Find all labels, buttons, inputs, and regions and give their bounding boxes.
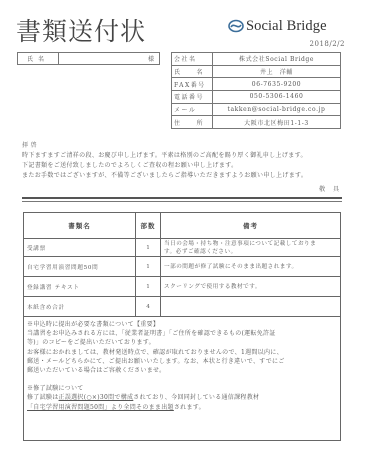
- sender-label: 会社名: [172, 53, 213, 66]
- document-qty: 1: [136, 239, 161, 257]
- column-header-qty: 部数: [136, 213, 161, 239]
- sender-row-fax: FAX番号06-7635-9200: [172, 78, 341, 91]
- notes-spacer: [27, 375, 337, 384]
- letter-line: またお手数ではございますが、不備等ございましたらご指導いただきますようお願い申し…: [22, 171, 342, 181]
- sender-row-name: 氏 名井上 洋輔: [172, 65, 341, 78]
- notes-line: 「自宅学習用演習問題50問」より全問そのまま出題されます。: [27, 403, 337, 412]
- notes-text: されます。: [174, 404, 205, 411]
- sender-value: 大阪市北区梅田1-1-3: [213, 116, 341, 129]
- sender-value: 050-5306-1460: [213, 91, 341, 104]
- note-line: す。必ずご確認ください。: [164, 248, 340, 256]
- sender-row-company: 会社名株式会社Social Bridge: [172, 53, 341, 66]
- letter-closing: 敬 具: [300, 184, 342, 193]
- document-name: 登録講習 テキスト: [24, 277, 136, 297]
- social-bridge-logo-icon: [228, 19, 244, 33]
- letter-body: 拝 啓 時下ますますご清祥の段、お慶び申し上げます。平素は格別のご高配を賜り厚く…: [22, 141, 342, 181]
- sender-row-address: 住 所大阪市北区梅田1-1-3: [172, 116, 341, 129]
- recipient-name-box: 氏名 様: [17, 52, 160, 65]
- documents-table: 書類名 部数 備考 受講票 1 当日の会場・持ち物・注意事項について記載しており…: [23, 212, 341, 441]
- sender-value: takken@social-bridge.co.jp: [213, 103, 341, 116]
- page-title: 書類送付状: [16, 12, 146, 48]
- recipient-name-label: 氏名: [18, 53, 59, 64]
- column-header-name: 書類名: [24, 213, 136, 239]
- company-logo: Social Bridge: [228, 15, 327, 37]
- sender-row-email: メールtakken@social-bridge.co.jp: [172, 103, 341, 116]
- table-row-total: 本紙含め合計 4: [24, 297, 341, 317]
- document-note: 当日の会場・持ち物・注意事項について記載しておりま す。必ずご確認ください。: [161, 239, 341, 257]
- notes-line: 等)」のコピーをご提出いただいております。: [27, 338, 337, 347]
- letter-line: 下記書類をご送付致しましたのでよろしくご査収の程お願い申し上げます。: [22, 161, 342, 171]
- sender-label: メール: [172, 103, 213, 116]
- table-row: 受講票 1 当日の会場・持ち物・注意事項について記載しておりま す。必ずご確認く…: [24, 239, 341, 257]
- notes-text: されており、今回同封している通信課程教材: [133, 394, 259, 401]
- document-qty: 1: [136, 257, 161, 277]
- notes-line: 修了試験は正誤選択(○×)30問で構成されており、今回同封している通信課程教材: [27, 393, 337, 402]
- document-note: [161, 297, 341, 317]
- document-note: スクーリングで使用する教材です。: [161, 277, 341, 297]
- recipient-honorific: 様: [59, 53, 159, 64]
- column-header-note: 備考: [161, 213, 341, 239]
- sender-value: 井上 洋輔: [213, 65, 341, 78]
- document-qty: 4: [136, 297, 161, 317]
- sender-value: 株式会社Social Bridge: [213, 53, 341, 66]
- note-line: 当日の会場・持ち物・注意事項について記載しておりま: [164, 240, 340, 248]
- table-row: 登録講習 テキスト 1 スクーリングで使用する教材です。: [24, 277, 341, 297]
- sender-label: 電話番号: [172, 91, 213, 104]
- document-note: 一部の問題が修了試験にそのまま出題されます。: [161, 257, 341, 277]
- notes-section1-title: ※申込時に提出が必要な書類について【重要】: [27, 320, 337, 329]
- sender-label: FAX番号: [172, 78, 213, 91]
- section-divider: [22, 197, 342, 202]
- sender-row-phone: 電話番号050-5306-1460: [172, 91, 341, 104]
- logo-text: Social Bridge: [246, 18, 327, 35]
- notes-line: 郵送・メールどちらかにて、ご提出お願いいたします。なお、本状と行き違いで、すでに…: [27, 357, 337, 366]
- table-header-row: 書類名 部数 備考: [24, 213, 341, 239]
- notes-underlined-text: 「自宅学習用演習問題50問」より全問そのまま出題: [27, 404, 174, 411]
- document-name: 受講票: [24, 239, 136, 257]
- sender-label: 氏 名: [172, 65, 213, 78]
- letter-line: 時下ますますご清祥の段、お慶び申し上げます。平素は格別のご高配を賜り厚く御礼申し…: [22, 151, 342, 161]
- notes-row: ※申込時に提出が必要な書類について【重要】 当講習をお申込みされる方には、「従業…: [24, 317, 341, 441]
- table-row: 自宅学習用演習問題50問 1 一部の問題が修了試験にそのまま出題されます。: [24, 257, 341, 277]
- notes-underlined-text: 正誤選択(○×)30問で構成: [59, 394, 134, 401]
- notes-text: 修了試験は: [27, 394, 59, 401]
- document-name: 本紙含め合計: [24, 297, 136, 317]
- notes-cell: ※申込時に提出が必要な書類について【重要】 当講習をお申込みされる方には、「従業…: [24, 317, 341, 441]
- notes-line: お客様におかれましては、教材発送時点で、確認が取れておりませんので、1週間以内に…: [27, 348, 337, 357]
- document-qty: 1: [136, 277, 161, 297]
- notes-section2-title: ※修了試験について: [27, 384, 337, 393]
- notes-line: 当講習をお申込みされる方には、「従業者証明書」「ご住所を確認できるもの(運転免許…: [27, 329, 337, 338]
- sender-label: 住 所: [172, 116, 213, 129]
- sender-value: 06-7635-9200: [213, 78, 341, 91]
- document-name: 自宅学習用演習問題50問: [24, 257, 136, 277]
- letter-opening: 拝 啓: [22, 141, 342, 151]
- sender-info-table: 会社名株式会社Social Bridge 氏 名井上 洋輔 FAX番号06-76…: [171, 52, 341, 129]
- notes-line: 郵送いただいている場合はご容赦くださいませ。: [27, 366, 337, 375]
- document-date: 2018/2/2: [265, 40, 345, 48]
